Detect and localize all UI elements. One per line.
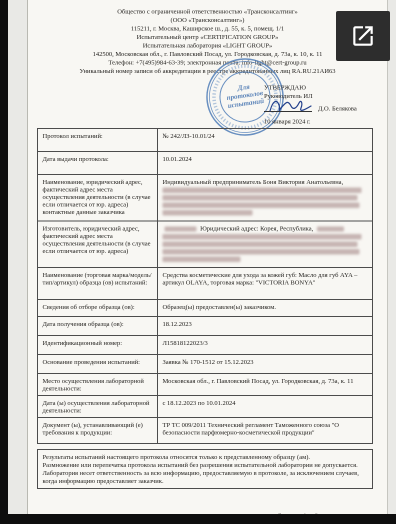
approval-block: УТВЕРЖДАЮ Руководитель ИЛ Д.О. Белякова … [264, 83, 384, 126]
cert-center-line: Испытательный центр «CERTIFICATION GROUP… [28, 33, 387, 42]
contact-line: Телефон: +7(495)984-63-39; электронная п… [28, 58, 387, 67]
field-label: Изготовитель, юридический адрес, фактиче… [38, 222, 158, 268]
table-row: Наименование (торговая марка/модель/тип/… [38, 268, 372, 300]
table-row: Место осуществления лабораторной деятель… [38, 374, 372, 396]
field-value: Л15818122023/3 [158, 336, 372, 354]
field-label: Идентификационный номер: [38, 336, 158, 354]
table-row: Наименование, юридический адрес, фактиче… [38, 175, 372, 222]
redacted-text [163, 195, 358, 201]
field-value: Московская обл., г. Павловский Посад, ул… [158, 374, 372, 395]
field-label: Сведения об отборе образца (ов): [38, 300, 158, 316]
table-row: Основание проведения испытаний: Заявка №… [38, 355, 372, 374]
open-in-new-icon [350, 23, 376, 49]
table-row: Сведения об отборе образца (ов): Образец… [38, 300, 372, 317]
lab-address-line: 142500, Московская обл., г. Павловский П… [28, 50, 387, 59]
field-value: Индивидуальный предприниматель Боня Викт… [158, 175, 372, 221]
field-label: Дата выдачи протокола: [38, 152, 158, 174]
redacted-text [163, 188, 362, 194]
field-label: Дата получения образца (ов): [38, 317, 158, 335]
field-label: Наименование, юридический адрес, фактиче… [38, 175, 158, 221]
customer-name: Индивидуальный предприниматель Боня Викт… [163, 178, 344, 186]
org-short-line: (ООО «Трансконсалтинг») [28, 16, 387, 25]
table-row: Дата выдачи протокола: 10.01.2024 [38, 152, 372, 175]
field-value: № 242/ЛЗ-10.01/24 [158, 129, 372, 151]
field-value: Средства косметические для ухода за коже… [158, 268, 372, 299]
letterbox-bar [0, 514, 396, 524]
disclaimer-line: Лаборатория несет ответственность за всю… [43, 469, 359, 485]
redacted-text [317, 227, 344, 232]
field-value: 10.01.2024 [158, 152, 372, 174]
table-row: Идентификационный номер: Л15818122023/3 [38, 336, 372, 355]
redacted-text [163, 203, 360, 209]
field-value: Заявка № 170-1512 от 15.12.2023 [158, 355, 372, 373]
field-label: Основание проведения испытаний: [38, 355, 158, 373]
expand-image-button[interactable] [336, 11, 390, 61]
field-value: ТР ТС 009/2011 Технический регламент Там… [158, 418, 372, 443]
redacted-text [163, 249, 360, 255]
document-header: Общество с ограниченной ответственностью… [28, 7, 387, 75]
disclaimer-line: Результаты испытаний настоящего протокол… [43, 453, 311, 461]
field-label: Наименование (торговая марка/модель/тип/… [38, 268, 158, 299]
disclaimer-block: Результаты испытаний настоящего протокол… [37, 449, 373, 489]
table-row: Изготовитель, юридический адрес, фактиче… [38, 222, 372, 269]
viewer-stage: Общество с ограниченной ответственностью… [0, 0, 396, 524]
field-label: Протокол испытаний: [38, 129, 158, 151]
field-value: 18.12.2023 [158, 317, 372, 335]
redacted-text [163, 210, 253, 216]
redacted-text [165, 227, 197, 232]
field-label: Документ (ы), устанавливающий (е) требов… [38, 418, 158, 443]
field-label: Место осуществления лабораторной деятель… [38, 374, 158, 395]
lab-name-line: Испытательная лаборатория «LIGHT GROUP» [28, 41, 387, 50]
accreditation-line: Уникальный номер записи об аккредитации … [28, 67, 387, 76]
approver-name: Д.О. Белякова [318, 104, 357, 113]
document-body: Протокол испытаний: № 242/ЛЗ-10.01/24 Да… [37, 128, 373, 520]
table-row: Протокол испытаний: № 242/ЛЗ-10.01/24 [38, 129, 372, 152]
document-page: Общество с ограниченной ответственностью… [27, 0, 388, 514]
signature-icon [266, 96, 316, 116]
table-row: Дата (ы) осуществления лабораторной деят… [38, 396, 372, 418]
redacted-text [163, 234, 362, 240]
protocol-table: Протокол испытаний: № 242/ЛЗ-10.01/24 Да… [37, 128, 373, 444]
field-value: Юридический адрес: Корея, Республика, [158, 222, 372, 268]
approval-date: 10 января 2024 г. [264, 117, 384, 126]
scanned-photo: Общество с ограниченной ответственностью… [8, 0, 396, 514]
redacted-text [163, 257, 241, 263]
signature-row: Д.О. Белякова [264, 100, 384, 117]
field-label: Дата (ы) осуществления лабораторной деят… [38, 396, 158, 417]
table-row: Дата получения образца (ов): 18.12.2023 [38, 317, 372, 336]
disclaimer-line: Размножение или перепечатка протокола ис… [43, 461, 358, 469]
table-row: Документ (ы), устанавливающий (е) требов… [38, 418, 372, 443]
manufacturer-address: Юридический адрес: Корея, Республика, [200, 225, 313, 233]
approval-title: УТВЕРЖДАЮ [264, 83, 384, 92]
field-value: Образец(ы) предоставлен(ы) заказчиком. [158, 300, 372, 316]
org-name-line: Общество с ограниченной ответственностью… [28, 7, 387, 16]
redacted-text [163, 242, 358, 248]
field-value: с 18.12.2023 по 10.01.2024 [158, 396, 372, 417]
org-address-line: 115211, г. Москва, Каширское ш., д. 55, … [28, 24, 387, 33]
